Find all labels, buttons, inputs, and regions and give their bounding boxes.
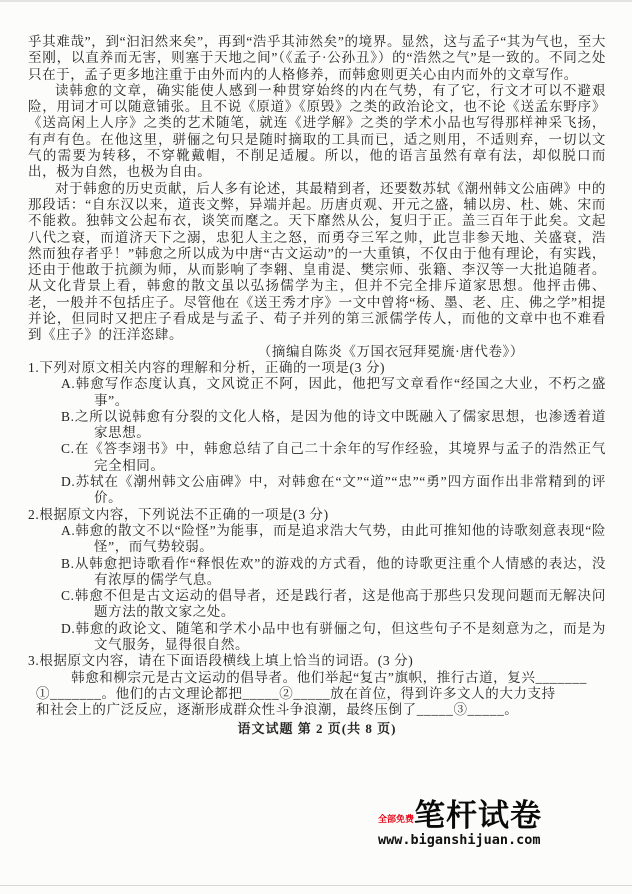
scan-top-edge bbox=[0, 0, 632, 2]
question-1-option-c: C.在《答李翊书》中，韩愈总结了自己二十余年的写作经验，其境界与孟子的浩然正气完… bbox=[61, 441, 606, 474]
watermark-brand: 笔杆试卷 bbox=[414, 800, 542, 831]
question-1: 1.下列对原文相关内容的理解和分析，正确的一项是(3 分) A.韩愈写作态度认真… bbox=[28, 360, 606, 507]
passage-paragraph: 读韩愈的文章，确实能使人感到一种贯穿始终的内在气势，有了它，行文才可以不避艰险，… bbox=[28, 83, 606, 181]
question-3-cloze-line: 韩愈和柳宗元是古文运动的倡导者。他们举起“复古”旗帜，推行古道，复兴______… bbox=[36, 670, 606, 686]
scan-bottom-edge bbox=[0, 885, 632, 886]
question-1-option-a: A.韩愈写作态度认真，文风谠正不阿，因此，他把写文章看作“经国之大业，不朽之盛事… bbox=[61, 376, 606, 409]
watermark-tagline: 全部免费 bbox=[378, 815, 414, 824]
page-content: 乎其难哉”，到“汩汩然来矣”，再到“浩乎其沛然矣”的境界。显然，这与孟子“其为气… bbox=[28, 34, 606, 738]
question-2: 2.根据原文内容，下列说法不正确的一项是(3 分) A.韩愈的散文不以“险怪”为… bbox=[28, 507, 606, 654]
question-1-option-d: D.苏轼在《潮州韩文公庙碑》中，对韩愈在“文”“道”“忠”“勇”四方面作出非常精… bbox=[61, 474, 606, 507]
watermark-brand-row: 全部免费 笔杆试卷 bbox=[378, 800, 613, 831]
publisher-watermark: 全部免费 笔杆试卷 www.biganshijuan.com bbox=[378, 800, 613, 848]
watermark-url: www.biganshijuan.com bbox=[378, 832, 613, 848]
page-footer: 语文试题 第 2 页(共 8 页) bbox=[28, 721, 606, 737]
question-2-stem: 2.根据原文内容，下列说法不正确的一项是(3 分) bbox=[28, 507, 606, 523]
question-2-option-c: C.韩愈不但是古文运动的倡导者，还是践行者，这是他高于那些只发现问题而无解决问题… bbox=[61, 588, 606, 621]
passage-paragraph: 乎其难哉”，到“汩汩然来矣”，再到“浩乎其沛然矣”的境界。显然，这与孟子“其为气… bbox=[28, 34, 606, 83]
passage-paragraph: 对于韩愈的历史贡献，后人多有论述，其最精到者，还要数苏轼《潮州韩文公庙碑》中的那… bbox=[28, 181, 606, 344]
question-3: 3.根据原文内容，请在下面语段横线上填上恰当的词语。(3 分) 韩愈和柳宗元是古… bbox=[28, 653, 606, 718]
question-3-stem: 3.根据原文内容，请在下面语段横线上填上恰当的词语。(3 分) bbox=[28, 653, 606, 669]
passage-attribution: （摘编自陈炎《万国衣冠拜冕旒·唐代卷》） bbox=[28, 344, 606, 360]
question-2-option-b: B.从韩愈把诗歌看作“释恨佐欢”的游戏的方式看，他的诗歌更注重个人情感的表达，没… bbox=[61, 556, 606, 589]
question-2-option-d: D.韩愈的政论文、随笔和学术小品中也有骈俪之句，但这些句子不是刻意为之，而是为文… bbox=[61, 621, 606, 654]
exam-page-scan: 乎其难哉”，到“汩汩然来矣”，再到“浩乎其沛然矣”的境界。显然，这与孟子“其为气… bbox=[0, 0, 632, 894]
question-3-cloze-line: 和社会上的广泛反应，逐渐形成群众性斗争浪潮，最终压倒了_____③_____。 bbox=[36, 702, 606, 718]
question-3-cloze-line: ①_______。他们的古文理论都把_____②_____放在首位，得到许多文人… bbox=[36, 686, 606, 702]
question-1-stem: 1.下列对原文相关内容的理解和分析，正确的一项是(3 分) bbox=[28, 360, 606, 376]
question-2-option-a: A.韩愈的散文不以“险怪”为能事，而是追求浩大气势，由此可推知他的诗歌刻意表现“… bbox=[61, 523, 606, 556]
question-1-option-b: B.之所以说韩愈有分裂的文化人格，是因为他的诗文中既融入了儒家思想，也渗透着道家… bbox=[61, 409, 606, 442]
